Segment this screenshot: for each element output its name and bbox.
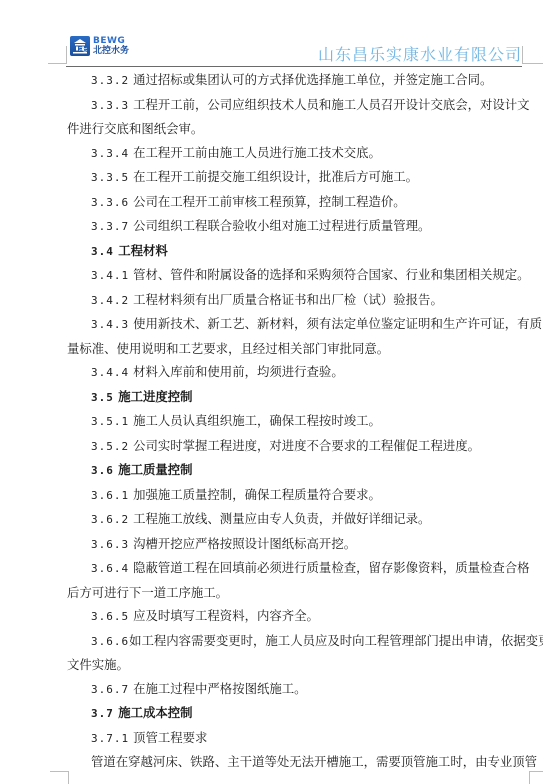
- paragraph-3-6-6: 3.6.6如工程内容需要变更时，施工人员应及时向工程管理部门提出申请，依据变更: [67, 629, 531, 654]
- paragraph-body: 管道在穿越河床、铁路、主干道等处无法开槽施工，需要顶管施工时，由专业顶管: [67, 750, 531, 774]
- section-heading-3-4: 3.4 工程材料: [67, 239, 531, 264]
- paragraph-3-6-3: 3.6.3 沟槽开挖应严格按照设计图纸标高开挖。: [67, 532, 531, 557]
- paragraph-3-6-4: 3.6.4 隐蔽管道工程在回填前必须进行质量检查，留存影像资料，质量检查合格: [67, 556, 531, 581]
- crop-mark-top-right: [522, 63, 543, 64]
- paragraph-3-7-1: 3.7.1 顶管工程要求: [67, 726, 531, 751]
- crop-mark-bottom-left: [50, 771, 68, 772]
- section-heading-3-7: 3.7 施工成本控制: [67, 701, 531, 726]
- paragraph-3-4-1: 3.4.1 管材、管件和附属设备的选择和采购须符合国家、行业和集团相关规定。: [67, 263, 531, 288]
- paragraph-3-3-3: 3.3.3 工程开工前，公司应组织技术人员和施工人员召开设计交底会，对设计文: [67, 93, 531, 118]
- page-header: BEWG 北控水务 山东昌乐实康水业有限公司: [66, 34, 522, 66]
- company-name: 山东昌乐实康水业有限公司: [318, 42, 522, 65]
- logo-cn-text: 北控水务: [93, 47, 129, 56]
- paragraph-3-6-5: 3.6.5 应及时填写工程资料，内容齐全。: [67, 604, 531, 629]
- paragraph-3-6-7: 3.6.7 在施工过程中严格按图纸施工。: [67, 677, 531, 702]
- paragraph-3-4-4: 3.4.4 材料入库前和使用前，均须进行查验。: [67, 360, 531, 385]
- paragraph-3-6-2: 3.6.2 工程施工放线、测量应由专人负责，并做好详细记录。: [67, 507, 531, 532]
- paragraph-3-5-1: 3.5.1 施工人员认真组织施工，确保工程按时竣工。: [67, 409, 531, 434]
- paragraph-3-5-2: 3.5.2 公司实时掌握工程进度，对进度不合要求的工程催促工程进度。: [67, 434, 531, 459]
- paragraph-3-3-6: 3.3.6 公司在工程开工前审核工程预算，控制工程造价。: [67, 190, 531, 215]
- paragraph-continuation: 后方可进行下一道工序施工。: [67, 581, 531, 605]
- paragraph-continuation: 件进行交底和图纸会审。: [67, 117, 531, 141]
- bewg-logo-icon: [70, 36, 90, 56]
- crop-mark-top-right: [522, 46, 523, 64]
- paragraph-3-4-2: 3.4.2 工程材料须有出厂质量合格证书和出厂检（试）验报告。: [67, 288, 531, 313]
- logo-en-text: BEWG: [93, 37, 129, 46]
- paragraph-continuation: 量标准、使用说明和工艺要求，且经过相关部门审批同意。: [67, 337, 531, 361]
- paragraph-3-3-2: 3.3.2 通过招标或集团认可的方式择优选择施工单位，并签定施工合同。: [67, 68, 531, 93]
- paragraph-3-3-4: 3.3.4 在工程开工前由施工人员进行施工技术交底。: [67, 141, 531, 166]
- document-page: BEWG 北控水务 山东昌乐实康水业有限公司 3.3.2 通过招标或集团认可的方…: [0, 0, 543, 784]
- paragraph-3-4-3: 3.4.3 使用新技术、新工艺、新材料，须有法定单位鉴定证明和生产许可证，有质: [67, 312, 531, 337]
- document-body: 3.3.2 通过招标或集团认可的方式择优选择施工单位，并签定施工合同。 3.3.…: [67, 68, 531, 774]
- section-heading-3-5: 3.5 施工进度控制: [67, 385, 531, 410]
- company-logo: BEWG 北控水务: [70, 36, 129, 56]
- crop-mark-top-left: [48, 63, 66, 64]
- paragraph-3-6-1: 3.6.1 加强施工质量控制，确保工程质量符合要求。: [67, 483, 531, 508]
- paragraph-3-3-7: 3.3.7 公司组织工程联合验收小组对施工过程进行质量管理。: [67, 214, 531, 239]
- header-divider: [66, 66, 522, 67]
- section-heading-3-6: 3.6 施工质量控制: [67, 458, 531, 483]
- paragraph-3-3-5: 3.3.5 在工程开工前提交施工组织设计，批准后方可施工。: [67, 165, 531, 190]
- paragraph-continuation: 文件实施。: [67, 653, 531, 677]
